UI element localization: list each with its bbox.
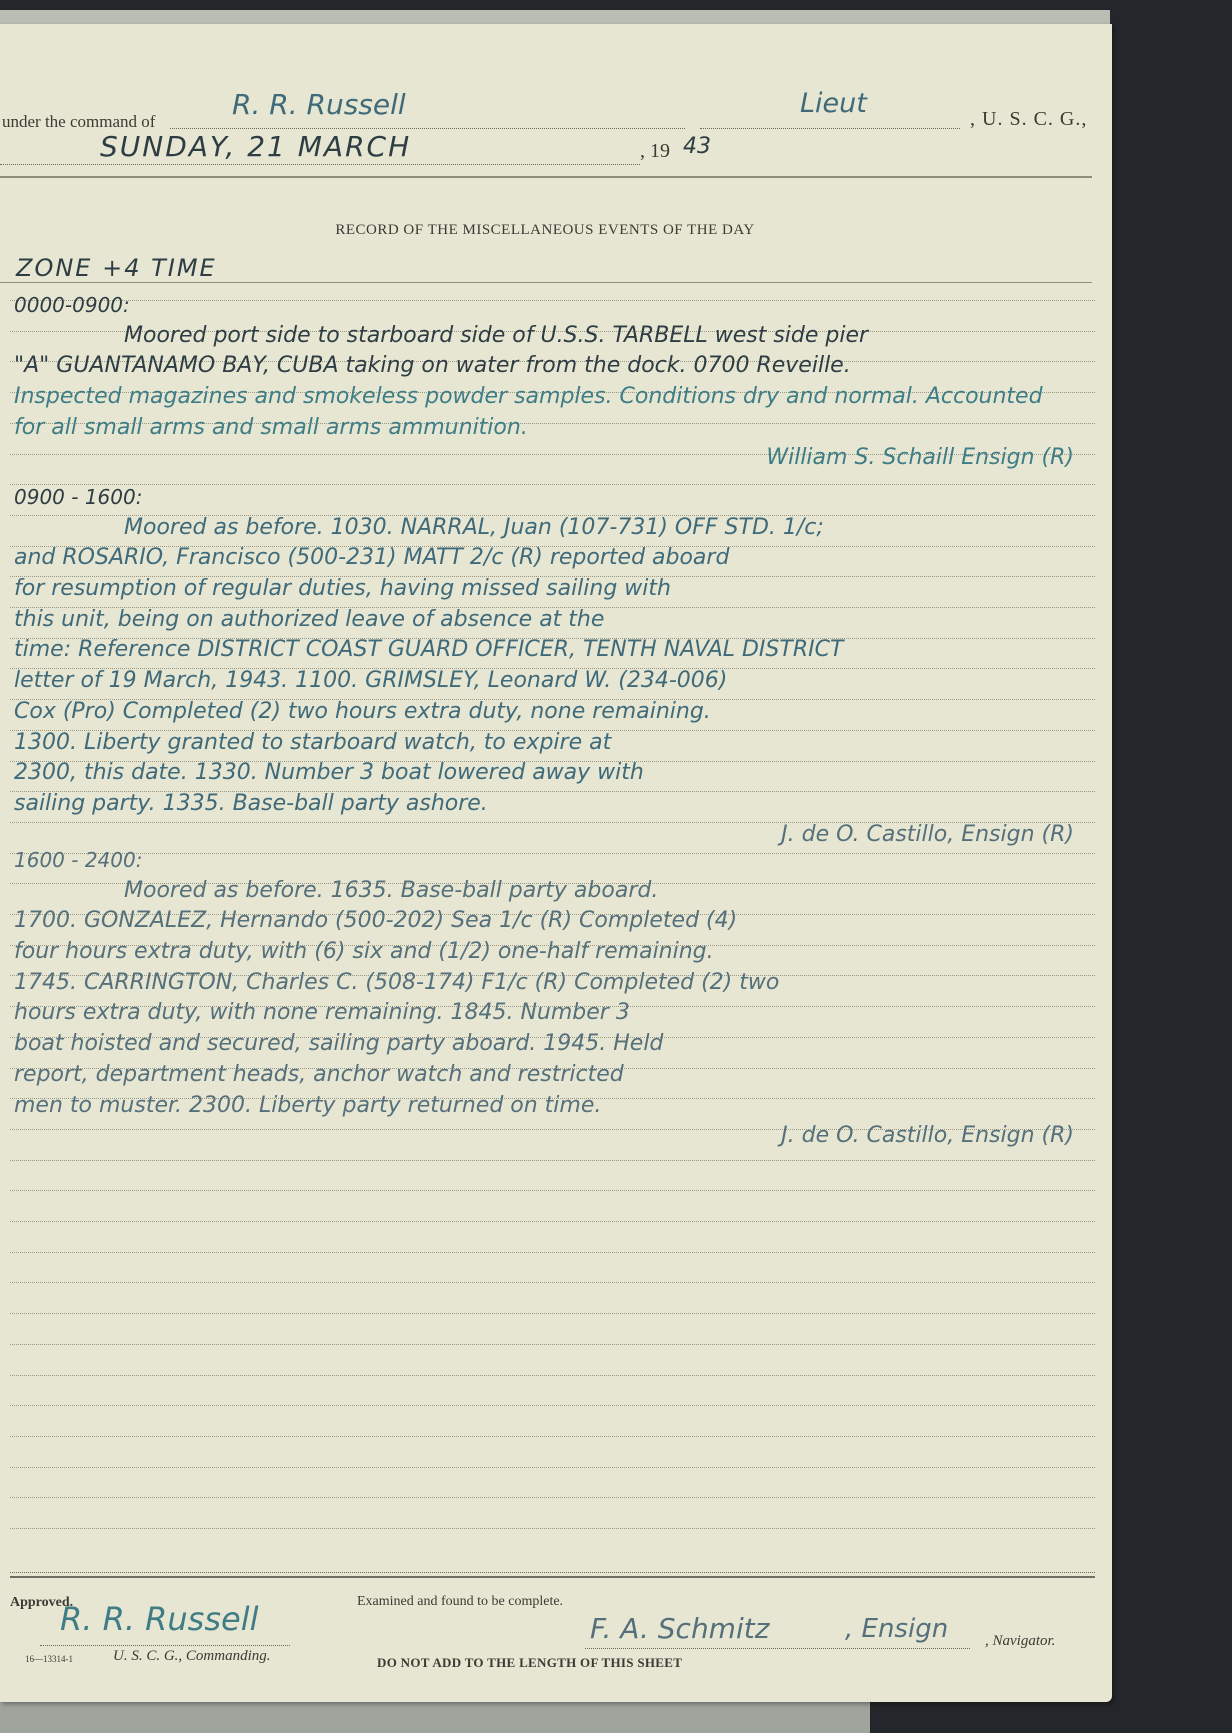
footer-divider <box>10 1572 1095 1578</box>
log-line: time: Reference DISTRICT COAST GUARD OFF… <box>14 635 1094 666</box>
log-line: Moored as before. 1030. NARRAL, Juan (10… <box>14 513 1094 544</box>
date-underline <box>0 164 640 165</box>
zone-divider <box>0 282 1092 283</box>
officer-signature: William S. Schaill Ensign (R) <box>14 443 1094 474</box>
log-line: for all small arms and small arms ammuni… <box>14 413 1094 444</box>
watch-period: 0900 - 1600: <box>14 482 1094 513</box>
date-line: SUNDAY, 21 MARCH , 19 43 <box>0 130 1100 170</box>
officer-signature: J. de O. Castillo, Ensign (R) <box>14 1121 1094 1152</box>
header-divider <box>0 176 1092 178</box>
navigator-label: , Navigator. <box>985 1633 1055 1650</box>
watch-entry-0000-0900: 0000-0900: Moored port side to starboard… <box>14 290 1094 474</box>
watch-entry-1600-2400: 1600 - 2400: Moored as before. 1635. Bas… <box>14 845 1094 1152</box>
length-notice: DO NOT ADD TO THE LENGTH OF THIS SHEET <box>377 1655 682 1671</box>
commander-rank: Lieut <box>800 88 867 119</box>
log-line: men to muster. 2300. Liberty party retur… <box>14 1091 1094 1122</box>
log-line: Moored as before. 1635. Base-ball party … <box>14 876 1094 907</box>
log-line: 1745. CARRINGTON, Charles C. (508-174) F… <box>14 968 1094 999</box>
watch-entry-0900-1600: 0900 - 1600: Moored as before. 1030. NAR… <box>14 482 1094 850</box>
examined-label: Examined and found to be complete. <box>357 1594 563 1610</box>
log-line: 2300, this date. 1330. Number 3 boat low… <box>14 758 1094 789</box>
navigator-signature-line <box>585 1648 970 1649</box>
ruled-line <box>10 1497 1095 1498</box>
ruled-line <box>10 1221 1095 1222</box>
log-line: letter of 19 March, 1943. 1100. GRIMSLEY… <box>14 666 1094 697</box>
rank-underline <box>700 128 960 129</box>
ruled-line <box>10 1252 1095 1253</box>
time-zone: ZONE +4 TIME <box>16 254 217 282</box>
log-line: Inspected magazines and smokeless powder… <box>14 382 1094 413</box>
log-line: Moored port side to starboard side of U.… <box>14 321 1094 352</box>
commander-name: R. R. Russell <box>232 88 406 121</box>
navigator-rank: , Ensign <box>845 1614 948 1644</box>
log-line: and ROSARIO, Francisco (500-231) MATT 2/… <box>14 543 1094 574</box>
ruled-line <box>10 1375 1095 1376</box>
watch-period: 1600 - 2400: <box>14 845 1094 876</box>
navigator-signature: F. A. Schmitz <box>590 1612 769 1645</box>
commanding-signature-line <box>40 1645 290 1646</box>
log-line: this unit, being on authorized leave of … <box>14 605 1094 636</box>
log-line: sailing party. 1335. Base-ball party ash… <box>14 789 1094 820</box>
form-number: 16—13314-1 <box>25 1654 73 1664</box>
ruled-line <box>10 1467 1095 1468</box>
commander-underline <box>170 128 685 129</box>
section-title: RECORD OF THE MISCELLANEOUS EVENTS OF TH… <box>0 222 1090 239</box>
log-line: four hours extra duty, with (6) six and … <box>14 937 1094 968</box>
ruled-line <box>10 1436 1095 1437</box>
ruled-line <box>10 1528 1095 1529</box>
log-line: Cox (Pro) Completed (2) two hours extra … <box>14 697 1094 728</box>
log-line: "A" GUANTANAMO BAY, CUBA taking on water… <box>14 351 1094 382</box>
watch-period: 0000-0900: <box>14 290 1094 321</box>
log-line: report, department heads, anchor watch a… <box>14 1060 1094 1091</box>
year-prefix: , 19 <box>640 140 670 163</box>
commanding-label: U. S. C. G., Commanding. <box>113 1648 271 1665</box>
underlying-sheet-bottom <box>0 1700 870 1733</box>
log-date: SUNDAY, 21 MARCH <box>100 130 411 163</box>
commanding-officer-signature: R. R. Russell <box>60 1600 258 1638</box>
log-line: hours extra duty, with none remaining. 1… <box>14 998 1094 1029</box>
ruled-line <box>10 1344 1095 1345</box>
log-line: 1700. GONZALEZ, Hernando (500-202) Sea 1… <box>14 906 1094 937</box>
log-line: boat hoisted and secured, sailing party … <box>14 1029 1094 1060</box>
ruled-line <box>10 1405 1095 1406</box>
command-label: under the command of <box>2 112 155 132</box>
ruled-line <box>10 1160 1095 1161</box>
command-line: under the command of R. R. Russell Lieut… <box>0 88 1100 128</box>
year-value: 43 <box>683 134 711 159</box>
service-label: , U. S. C. G., <box>970 108 1087 131</box>
ruled-line <box>10 1313 1095 1314</box>
log-line: for resumption of regular duties, having… <box>14 574 1094 605</box>
ruled-line <box>10 1282 1095 1283</box>
log-line: 1300. Liberty granted to starboard watch… <box>14 728 1094 759</box>
ruled-line <box>10 1190 1095 1191</box>
